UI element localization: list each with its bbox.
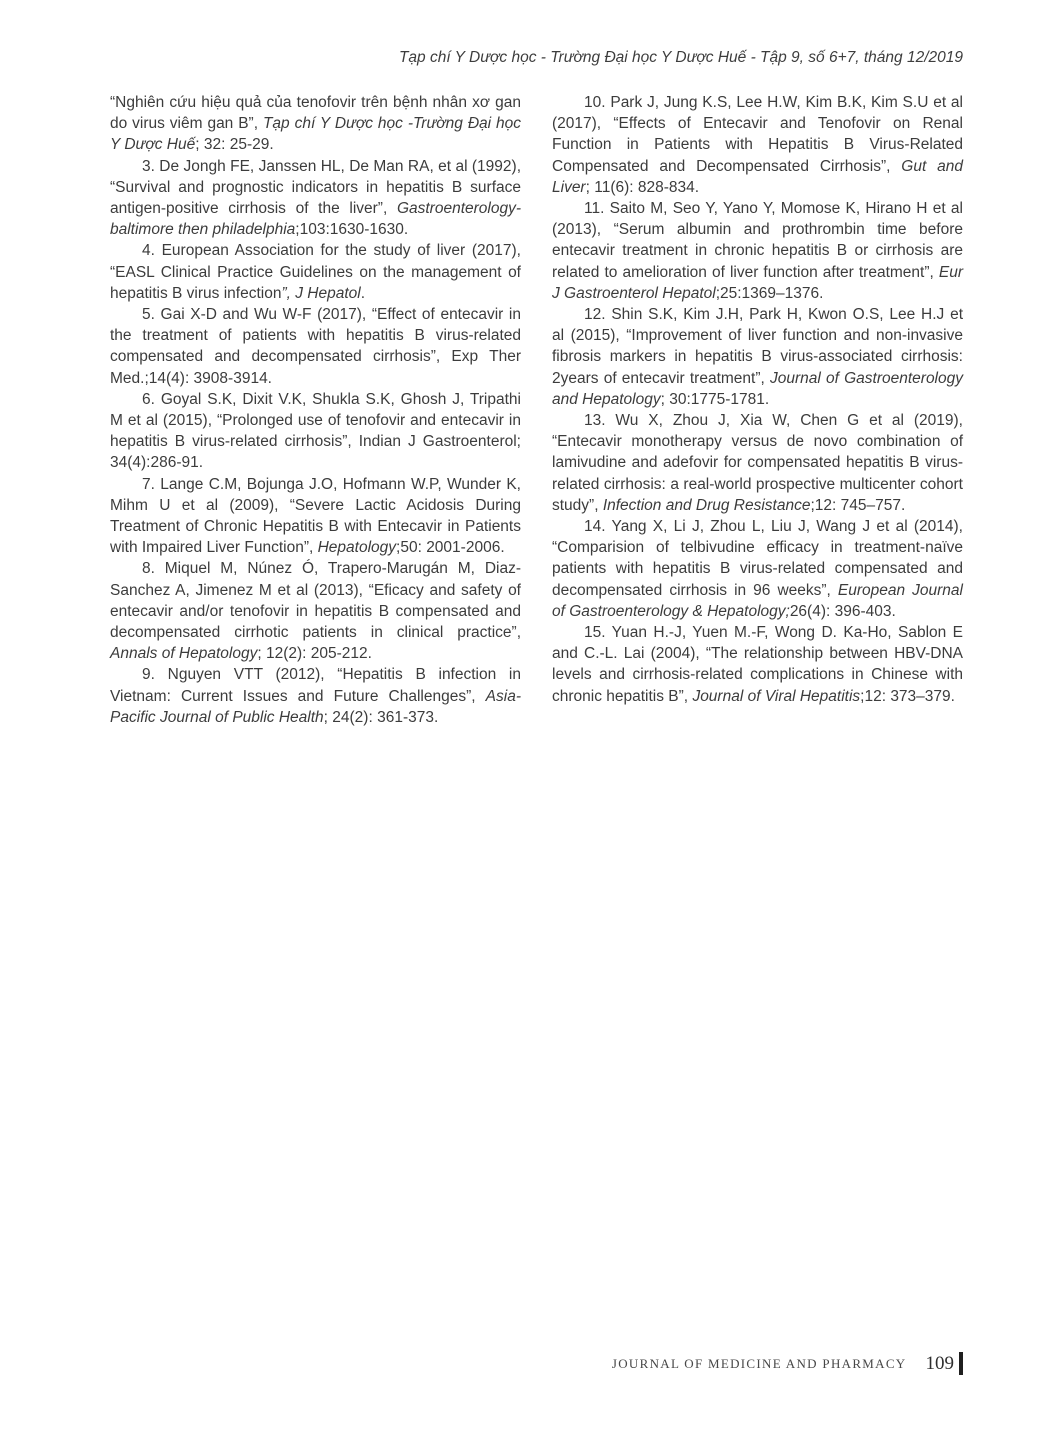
reference-paragraph: 11. Saito M, Seo Y, Yano Y, Momose K, Hi… — [552, 198, 963, 304]
references-content: “Nghiên cứu hiệu quả của tenofovir trên … — [110, 92, 963, 728]
journal-title-italic: ”, J Hepatol — [281, 285, 360, 302]
reference-paragraph: 5. Gai X-D and Wu W-F (2017), “Effect of… — [110, 304, 521, 389]
reference-paragraph: 6. Goyal S.K, Dixit V.K, Shukla S.K, Gho… — [110, 389, 521, 474]
reference-text: ;50: 2001-2006. — [396, 539, 505, 556]
reference-paragraph: 3. De Jongh FE, Janssen HL, De Man RA, e… — [110, 156, 521, 241]
references-left-column: “Nghiên cứu hiệu quả của tenofovir trên … — [110, 92, 521, 728]
reference-paragraph: 15. Yuan H.-J, Yuen M.-F, Wong D. Ka-Ho,… — [552, 622, 963, 707]
journal-title-italic: Annals of Hepatology — [110, 645, 257, 662]
reference-paragraph: 4. European Association for the study of… — [110, 240, 521, 304]
page-footer: JOURNAL OF MEDICINE AND PHARMACY 109 — [612, 1352, 963, 1375]
reference-paragraph: 12. Shin S.K, Kim J.H, Park H, Kwon O.S,… — [552, 304, 963, 410]
reference-text: ; 11(6): 828-834. — [586, 179, 699, 196]
footer-page-number: 109 — [926, 1353, 955, 1375]
reference-text: ; 12(2): 205-212. — [257, 645, 372, 662]
reference-paragraph: 13. Wu X, Zhou J, Xia W, Chen G et al (2… — [552, 410, 963, 516]
footer-divider-bar — [959, 1352, 963, 1375]
reference-paragraph: 14. Yang X, Li J, Zhou L, Liu J, Wang J … — [552, 516, 963, 622]
journal-title-italic: Hepatology — [318, 539, 396, 556]
reference-paragraph: 8. Miquel M, Núnez Ó, Trapero-Marugán M,… — [110, 558, 521, 664]
reference-paragraph: “Nghiên cứu hiệu quả của tenofovir trên … — [110, 92, 521, 156]
journal-title-italic: Journal of Viral Hepatitis — [692, 688, 860, 705]
reference-text: 8. Miquel M, Núnez Ó, Trapero-Marugán M,… — [110, 560, 521, 641]
reference-text: ;103:1630-1630. — [295, 221, 408, 238]
journal-title-italic: Infection and Drug Resistance — [603, 497, 811, 514]
reference-text: ; 24(2): 361-373. — [324, 709, 439, 726]
footer-journal-name: JOURNAL OF MEDICINE AND PHARMACY — [612, 1356, 907, 1372]
reference-paragraph: 7. Lange C.M, Bojunga J.O, Hofmann W.P, … — [110, 474, 521, 559]
page-header-journal-line: Tạp chí Y Dược học - Trường Đại học Y Dư… — [110, 49, 963, 67]
reference-text: 5. Gai X-D and Wu W-F (2017), “Effect of… — [110, 306, 521, 387]
reference-text: ; 30:1775-1781. — [661, 391, 770, 408]
journal-page: Tạp chí Y Dược học - Trường Đại học Y Dư… — [0, 0, 1058, 1455]
reference-text: 6. Goyal S.K, Dixit V.K, Shukla S.K, Gho… — [110, 391, 521, 472]
references-right-column: 10. Park J, Jung K.S, Lee H.W, Kim B.K, … — [552, 92, 963, 728]
reference-text: ;25:1369–1376. — [716, 285, 824, 302]
reference-text: ;12: 373–379. — [860, 688, 955, 705]
reference-text: . — [361, 285, 365, 302]
reference-text: ;12: 745–757. — [810, 497, 905, 514]
reference-text: 11. Saito M, Seo Y, Yano Y, Momose K, Hi… — [552, 200, 963, 281]
reference-paragraph: 10. Park J, Jung K.S, Lee H.W, Kim B.K, … — [552, 92, 963, 198]
reference-paragraph: 9. Nguyen VTT (2012), “Hepatitis B infec… — [110, 664, 521, 728]
reference-text: ; 32: 25-29. — [195, 136, 273, 153]
reference-text: 26(4): 396-403. — [790, 603, 896, 620]
reference-text: 9. Nguyen VTT (2012), “Hepatitis B infec… — [110, 666, 521, 704]
